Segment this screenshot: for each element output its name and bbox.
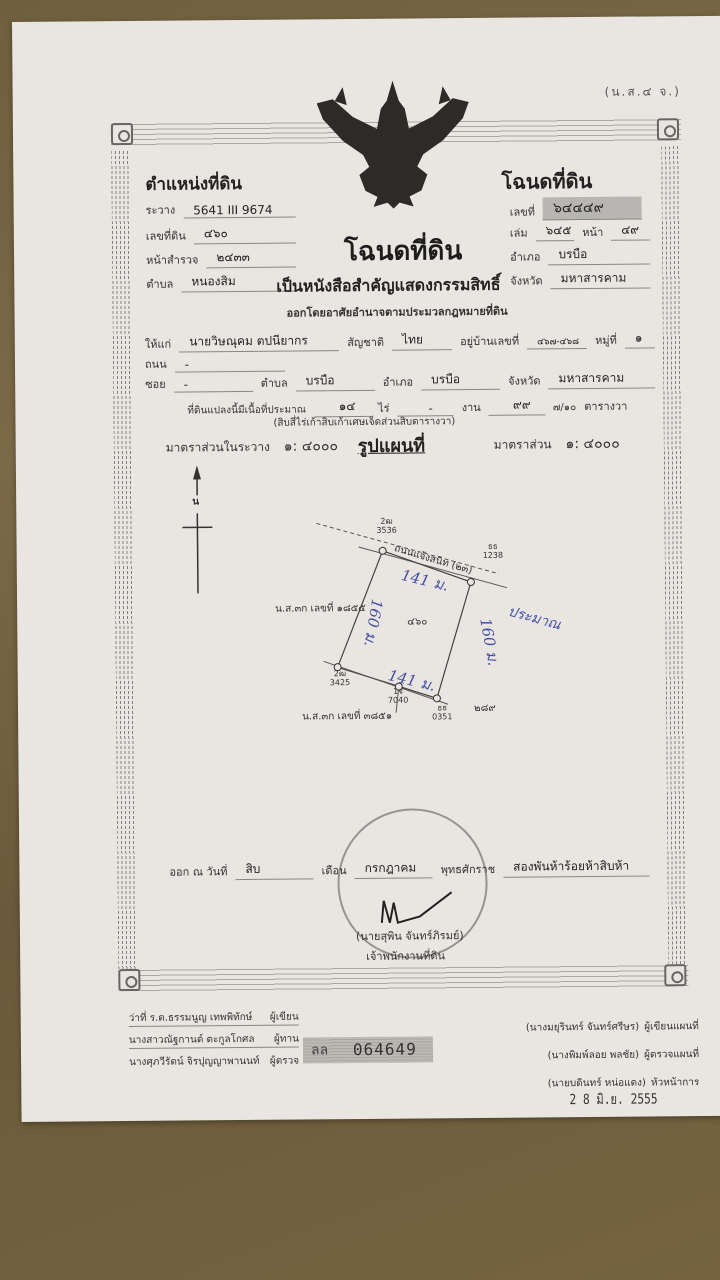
document-subtitle: เป็นหนังสือสำคัญแสดงกรรมสิทธิ์ [276,273,500,300]
field-book-page: เล่ม ๖๔๕ หน้า ๔๙ [510,220,650,241]
deed-heading: โฉนดที่ดิน [501,165,592,198]
field-map-sheet: ระวาง 5641 III 9674 [146,200,296,219]
issue-date-row: ออก ณ วันที่ สิบ เดือน กรกฎาคม พุทธศักรา… [169,856,649,880]
corner-ornament-icon [657,118,679,140]
field-deed-number: เลขที่ ๖๔๔๔๙ [510,197,642,221]
field-district: อำเภอ บรบือ [510,244,650,265]
frame-left-border [111,149,136,969]
garuda-emblem-icon [313,78,474,209]
land-title-deed: (น.ส.๔ จ.) ตำแหน่งที่ดิน ระวาง 5641 III … [12,16,720,1122]
corner-ornament-icon [111,123,133,145]
neighbor-top-marker: 2ฒ3536 [376,517,397,535]
officer-name: (นายสุพิน จันทร์ภิรมย์) [356,926,464,945]
parcel-number: ๔๖๐ [407,614,427,629]
signatory-row: นางศุภวีรัตน์ จิรปุญญาพานนท์ ผู้ตรวจ [129,1054,299,1070]
corner-br-marker: ธธ0351 [432,703,453,721]
plan-scale-row: มาตราส่วน ๑: ๔๐๐๐ [494,433,620,456]
serial-prefix: ลล [311,1039,328,1061]
officer-signature-icon [360,888,460,929]
left-parcel-label: น.ส.๓ก เลขที่ ๑๘๕๕ [275,601,366,617]
frame-bottom-border [118,964,688,993]
footer-right-signatories: (นางมยุรินทร์ จันทร์ศรีษร) ผู้เขียนแผนที… [509,1014,700,1092]
officer-title: เจ้าพนักงานที่ดิน [366,946,445,965]
plan-title: รูปแผนที่ [358,430,426,460]
owner-row: ให้แก่ นายวิษณุคม ตปนียากร สัญชาติ ไทย อ… [145,328,655,352]
signatory-row: นางสาวณัฐกานต์ ตะกูลโกศล ผู้ทาน [129,1032,299,1049]
signatory-row: (นางพิมพ์ลอย พลชัย) ผู้ตรวจแผนที่ [509,1042,699,1064]
signatory-row: ว่าที่ ร.ต.ธรรมนูญ เทพพิทักษ์ ผู้เขียน [129,1010,299,1027]
neighbor-right-marker: ธธ1238 [483,542,504,560]
date-stamp: 2 8 มิ.ย. 2555 [569,1088,657,1111]
corner-ornament-icon [118,969,140,991]
field-survey-page: หน้าสำรวจ ๒๔๓๓ [146,248,296,269]
parcel-map [286,507,618,730]
corner-bl-marker: 2ฒ3425 [330,669,351,687]
land-position-heading: ตำแหน่งที่ดิน [145,170,242,198]
map-scale-row: มาตราส่วนในระวาง ๑: ๔๐๐๐ [166,435,338,459]
field-land-number: เลขที่ดิน ๔๖๐ [146,224,296,245]
field-province: จังหวัด มหาสารคาม [510,268,650,289]
footer-left-signatories: ว่าที่ ร.ต.ธรรมนูญ เทพพิทักษ์ ผู้เขียน น… [129,1010,300,1070]
field-tambon: ตำบล หนองสิม [146,272,296,293]
form-code: (น.ส.๔ จ.) [605,82,681,102]
bottom-parcel-label: น.ส.๓ก เลขที่ ๓๘๕๑ [302,709,392,725]
serial-number: 064649 [353,1040,417,1060]
frame-right-border [661,144,686,964]
document-title: โฉนดที่ดิน [344,230,462,272]
north-label: น [192,494,199,509]
corner-ornament-icon [664,964,686,986]
bottom-right-parcel-label: ๒๘๙ [474,701,496,716]
signatory-row: (นางมยุรินทร์ จันทร์ศรีษร) ผู้เขียนแผนที… [509,1014,699,1036]
area-in-words: (สิบสี่ไร่เก้าสิบเก้าเศษเจ็ดส่วนสิบตาราง… [273,414,455,431]
road-row: ถนน - [145,354,285,373]
north-arrow-icon [182,465,213,595]
soi-row: ซอย - ตำบล บรบือ อำเภอ บรบือ จังหวัด มหา… [145,368,655,392]
issued-under: ออกโดยอาศัยอำนาจตามประมวลกฎหมายที่ดิน [286,302,507,322]
